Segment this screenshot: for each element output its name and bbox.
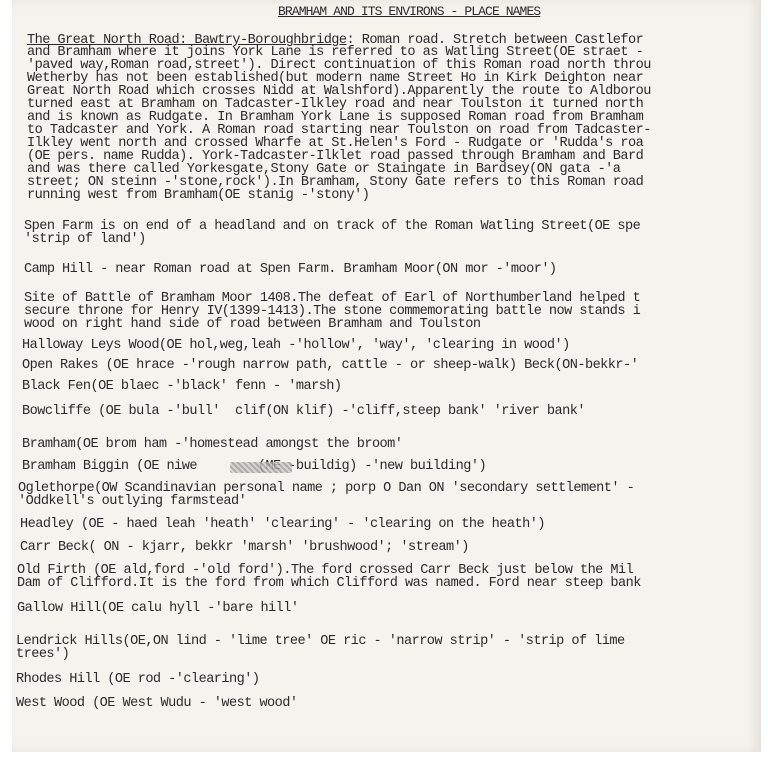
entry-black-fen: Black Fen(OE blaec -'black' fenn - 'mars… <box>22 380 342 393</box>
entry-camp-hill: Camp Hill - near Roman road at Spen Farm… <box>24 263 557 276</box>
redacted-smudge <box>230 462 292 473</box>
scanned-page: BRAMHAM AND ITS ENVIRONS - PLACE NAMES T… <box>12 0 761 752</box>
text-line: 'strip of land') <box>24 233 146 246</box>
entry-bowcliffe: Bowcliffe (OE bula -'bull' clif(ON klif)… <box>22 405 585 418</box>
entry-west-wood: West Wood (OE West Wudu - 'west wood' <box>16 697 297 710</box>
text-line: 'Oddkell's outlying farmstead' <box>18 495 246 508</box>
entry-open-rakes: Open Rakes (OE hrace -'rough narrow path… <box>22 359 638 372</box>
entry-rhodes-hill: Rhodes Hill (OE rod -'clearing') <box>16 673 259 686</box>
entry-bramham: Bramham(OE brom ham -'homestead amongst … <box>22 438 402 451</box>
entry-halloway-leys-wood: Halloway Leys Wood(OE hol,weg,leah -'hol… <box>22 339 570 352</box>
text-line: running west from Bramham(OE stanig -'st… <box>27 189 369 202</box>
text-line: trees') <box>16 648 69 661</box>
entry-carr-beck: Carr Beck( ON - kjarr, bekkr 'marsh' 'br… <box>20 541 469 554</box>
page-title: BRAMHAM AND ITS ENVIRONS - PLACE NAMES <box>278 5 540 18</box>
text-line: wood on right hand side of road between … <box>24 318 480 331</box>
entry-gallow-hill: Gallow Hill(OE calu hyll -'bare hill' <box>17 602 298 615</box>
entry-headley: Headley (OE - haed leah 'heath' 'clearin… <box>20 518 545 531</box>
entry-lendrick-hills: Lendrick Hills(OE,ON lind - 'lime tree' … <box>16 635 625 648</box>
text-line: Dam of Clifford.It is the ford from whic… <box>17 577 641 590</box>
